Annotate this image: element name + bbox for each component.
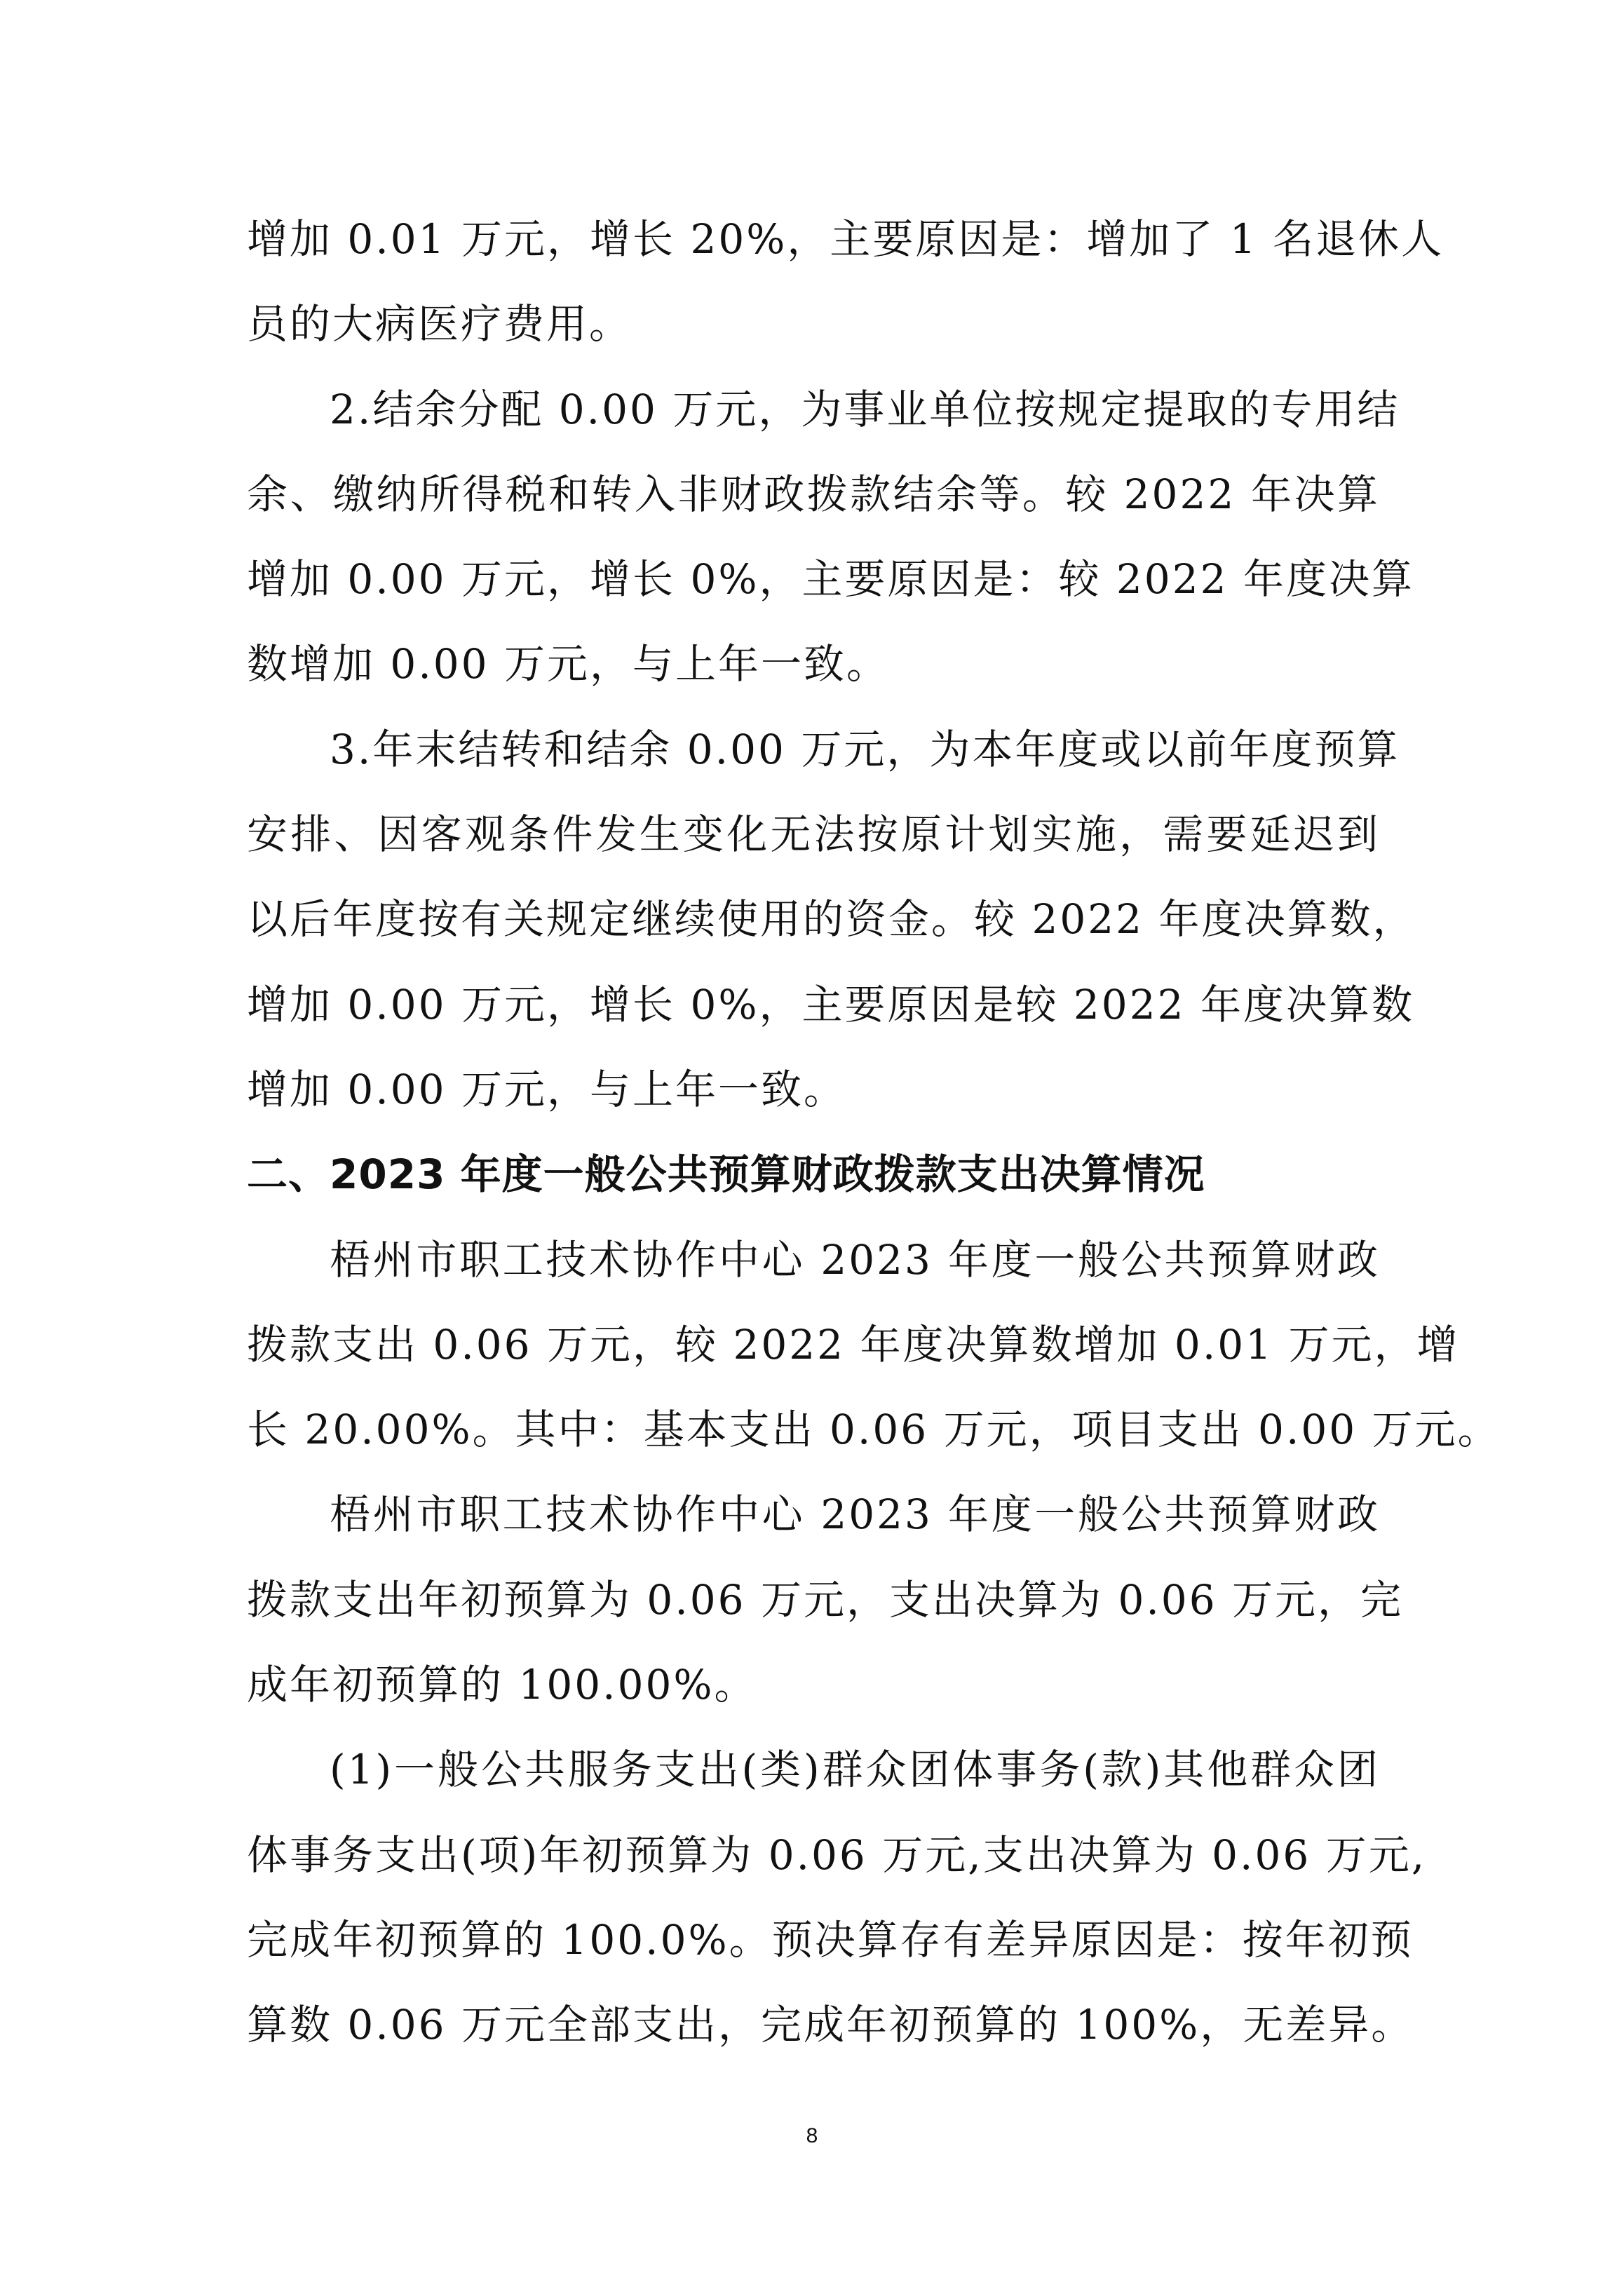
body-line: 增加 0.01 万元，增长 20%，主要原因是：增加了 1 名退休人 — [247, 197, 1380, 282]
paragraph-start-line: (1)一般公共服务支出(类)群众团体事务(款)其他群众团 — [247, 1727, 1380, 1812]
paragraph-start-line: 梧州市职工技术协作中心 2023 年度一般公共预算财政 — [247, 1218, 1380, 1303]
body-line: 增加 0.00 万元，增长 0%，主要原因是：较 2022 年度决算 — [247, 537, 1380, 622]
body-line: 完成年初预算的 100.0%。预决算存有差异原因是：按年初预 — [247, 1898, 1380, 1983]
paragraph-start-line: 梧州市职工技术协作中心 2023 年度一般公共预算财政 — [247, 1472, 1380, 1557]
body-line: 数增加 0.00 万元，与上年一致。 — [247, 622, 1380, 707]
body-line: 成年初预算的 100.00%。 — [247, 1643, 1380, 1727]
text-column: 增加 0.01 万元，增长 20%，主要原因是：增加了 1 名退休人 员的大病医… — [247, 197, 1380, 2068]
body-line: 拨款支出年初预算为 0.06 万元，支出决算为 0.06 万元，完 — [247, 1558, 1380, 1643]
paragraph-start-line: 2.结余分配 0.00 万元，为事业单位按规定提取的专用结 — [247, 367, 1380, 452]
body-line: 增加 0.00 万元，增长 0%，主要原因是较 2022 年度决算数 — [247, 963, 1380, 1047]
paragraph-start-line: 3.年末结转和结余 0.00 万元，为本年度或以前年度预算 — [247, 707, 1380, 792]
body-line: 算数 0.06 万元全部支出，完成年初预算的 100%，无差异。 — [247, 1983, 1380, 2067]
body-line: 长 20.00%。其中：基本支出 0.06 万元，项目支出 0.00 万元。 — [247, 1387, 1380, 1472]
section-heading: 二、2023 年度一般公共预算财政拨款支出决算情况 — [247, 1132, 1380, 1217]
page-number: 8 — [0, 2124, 1624, 2148]
body-line: 体事务支出(项)年初预算为 0.06 万元,支出决算为 0.06 万元, — [247, 1813, 1380, 1898]
body-line: 安排、因客观条件发生变化无法按原计划实施，需要延迟到 — [247, 792, 1380, 877]
body-line: 拨款支出 0.06 万元，较 2022 年度决算数增加 0.01 万元，增 — [247, 1303, 1380, 1387]
body-line: 增加 0.00 万元，与上年一致。 — [247, 1047, 1380, 1132]
body-line: 余、缴纳所得税和转入非财政拨款结余等。较 2022 年决算 — [247, 452, 1380, 537]
document-page: 增加 0.01 万元，增长 20%，主要原因是：增加了 1 名退休人 员的大病医… — [0, 0, 1624, 2296]
body-line: 以后年度按有关规定继续使用的资金。较 2022 年度决算数， — [247, 877, 1380, 962]
body-line: 员的大病医疗费用。 — [247, 282, 1380, 367]
